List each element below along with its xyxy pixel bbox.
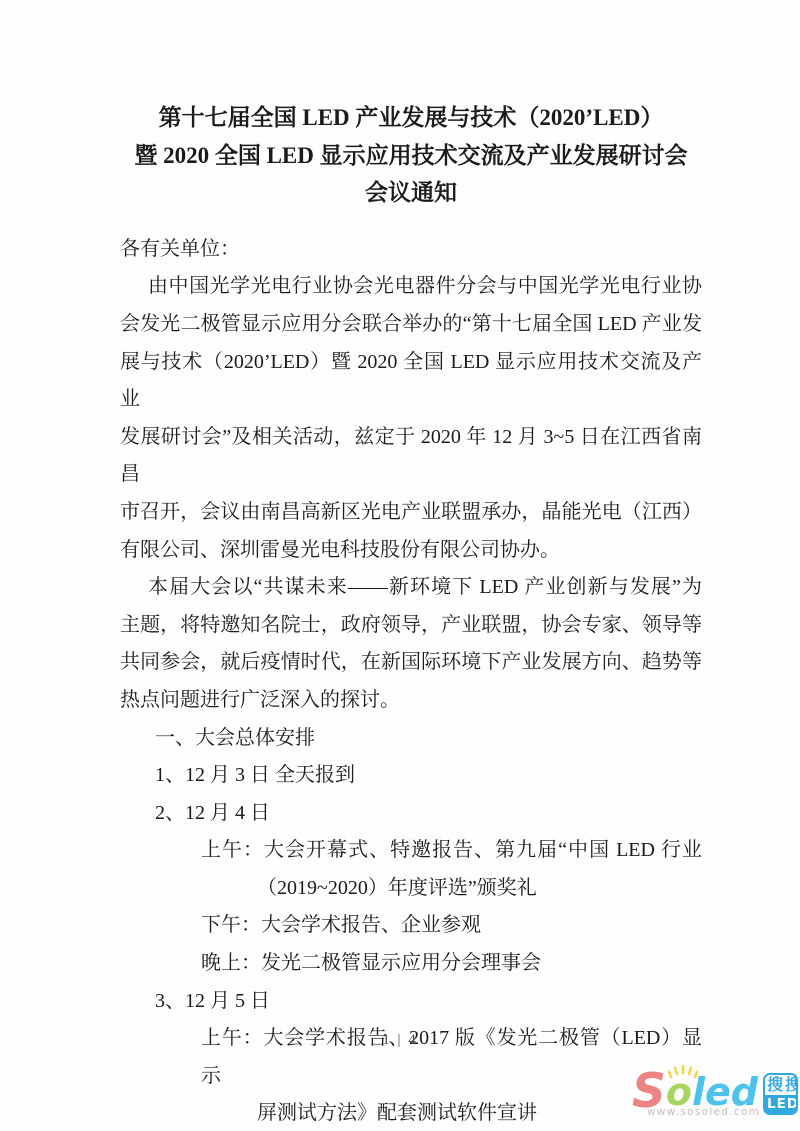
title-line-2: 暨 2020 全国 LED 显示应用技术交流及产业发展研讨会 [120,137,702,175]
paragraph-1-line: 发展研讨会”及相关活动，兹定于 2020 年 12 月 3~5 日在江西省南昌 [120,419,702,494]
sosoled-badge: 搜搜 LED网 [763,1073,798,1115]
paragraph-1-line: 会发光二极管显示应用分会联合举办的“第十七届全国 LED 产业发 [120,306,702,344]
agenda-item: 1、12 月 3 日 全天报到 [120,757,702,795]
agenda-item: 晚上：发光二极管显示应用分会理事会 [120,945,702,983]
agenda-item: 下午：大会学术报告、企业参观 [120,907,702,945]
title-line-1: 第十七届全国 LED 产业发展与技术（2020’LED） [120,99,702,137]
page-number: 1 | 4 [0,1032,800,1049]
agenda-item: 3、12 月 5 日 [120,983,702,1021]
scanned-document-page: 第十七届全国 LED 产业发展与技术（2020’LED） 暨 2020 全国 L… [0,0,800,1131]
paragraph-2-line: 共同参会，就后疫情时代，在新国际环境下产业发展方向、趋势等 [120,644,702,682]
paragraph-1-line: 市召开，会议由南昌高新区光电产业联盟承办，晶能光电（江西） [120,494,702,532]
agenda-item: 上午：大会开幕式、特邀报告、第九届“中国 LED 行业 [120,832,702,870]
agenda-heading: 一、大会总体安排 [120,720,702,758]
agenda-item: 2、12 月 4 日 [120,795,702,833]
document-body: 各有关单位： 由中国光学光电行业协会光电器件分会与中国光学光电行业协 会发光二极… [120,231,702,1131]
badge-text-ledwang: LED网 [765,1095,796,1113]
paragraph-1-line: 有限公司、深圳雷曼光电科技股份有限公司协办。 [120,532,702,570]
agenda-item: 屏测试方法》配套测试软件宣讲 [120,1095,702,1131]
sosoled-watermark: S o led 搜搜 LED网 www.sosoled. [632,1072,798,1118]
badge-text-sousou: 搜搜 [765,1075,796,1095]
paragraph-1-line: 展与技术（2020’LED）暨 2020 全国 LED 显示应用技术交流及产业 [120,344,702,419]
logo-letter-o: o [666,1072,692,1112]
paragraph-2-line: 本届大会以“共谋未来——新环境下 LED 产业创新与发展”为 [120,569,702,607]
paragraph-1-line: 由中国光学光电行业协会光电器件分会与中国光学光电行业协 [120,268,702,306]
paragraph-2-line: 主题，将特邀知名院士，政府领导，产业联盟，协会专家、领导等 [120,607,702,645]
salutation: 各有关单位： [120,231,702,269]
document-content: 第十七届全国 LED 产业发展与技术（2020’LED） 暨 2020 全国 L… [120,99,702,1131]
title-line-3: 会议通知 [120,174,702,212]
document-title: 第十七届全国 LED 产业发展与技术（2020’LED） 暨 2020 全国 L… [120,99,702,212]
agenda-item: （2019~2020）年度评选”颁奖礼 [120,870,702,908]
paragraph-2-line: 热点问题进行广泛深入的探讨。 [120,682,702,720]
